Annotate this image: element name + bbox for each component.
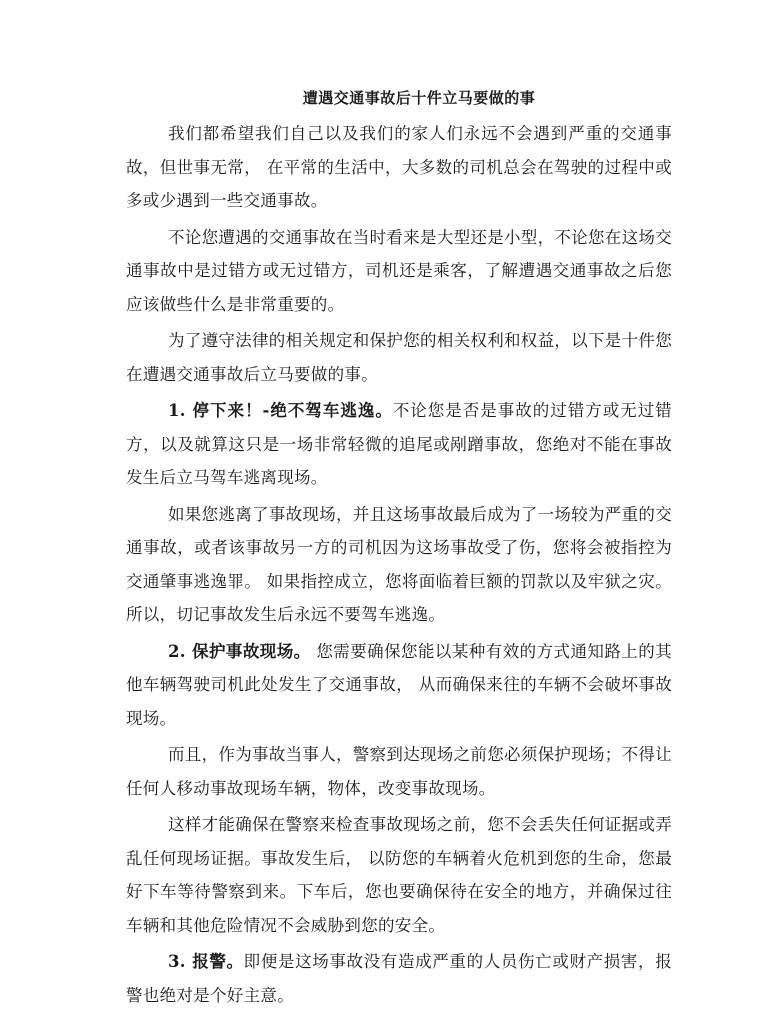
document-page: 遭遇交通事故后十件立马要做的事 我们都希望我们自己以及我们的家人们永远不会遇到严… <box>126 86 672 1012</box>
paragraph-intro-3: 为了遵守法律的相关规定和保护您的相关权利和权益，以下是十件您在遭遇交通事故后立马… <box>126 324 672 391</box>
paragraph-text: 为了遵守法律的相关规定和保护您的相关权利和权益，以下是十件您在遭遇交通事故后立马… <box>126 331 672 384</box>
paragraph-intro-1: 我们都希望我们自己以及我们的家人们永远不会遇到严重的交通事故，但世事无常， 在平… <box>126 117 672 218</box>
paragraph-text: 我们都希望我们自己以及我们的家人们永远不会遇到严重的交通事故，但世事无常， 在平… <box>126 124 672 210</box>
item-1-paragraph: 1. 停下来！-绝不驾车逃逸。不论您是否是事故的过错方或无过错方，以及就算这只是… <box>126 394 672 495</box>
item-1-detail-paragraph: 如果您逃离了事故现场，并且这场事故最后成为了一场较为严重的交通事故，或者该事故另… <box>126 498 672 632</box>
paragraph-text: 如果您逃离了事故现场，并且这场事故最后成为了一场较为严重的交通事故，或者该事故另… <box>126 505 672 625</box>
item-2-heading: 2. 保护事故现场。 <box>168 642 311 661</box>
paragraph-text: 这样才能确保在警察来检查事故现场之前，您不会丢失任何证据或弄乱任何现场证据。事故… <box>126 815 672 935</box>
item-2-paragraph: 2. 保护事故现场。 您需要确保您能以某种有效的方式通知路上的其他车辆驾驶司机此… <box>126 635 672 736</box>
item-1-heading: 1. 停下来！-绝不驾车逃逸。 <box>168 401 393 420</box>
paragraph-text: 不论您遭遇的交通事故在当时看来是大型还是小型，不论您在这场交通事故中是过错方或无… <box>126 228 672 314</box>
item-2-detail-paragraph-1: 而且，作为事故当事人，警察到达现场之前您必须保护现场；不得让任何人移动事故现场车… <box>126 738 672 805</box>
item-2-detail-paragraph-2: 这样才能确保在警察来检查事故现场之前，您不会丢失任何证据或弄乱任何现场证据。事故… <box>126 808 672 942</box>
item-3-paragraph: 3. 报警。即便是这场事故没有造成严重的人员伤亡或财产损害，报警也绝对是个好主意… <box>126 945 672 1012</box>
document-title: 遭遇交通事故后十件立马要做的事 <box>126 86 672 110</box>
paragraph-intro-2: 不论您遭遇的交通事故在当时看来是大型还是小型，不论您在这场交通事故中是过错方或无… <box>126 221 672 322</box>
paragraph-text: 而且，作为事故当事人，警察到达现场之前您必须保护现场；不得让任何人移动事故现场车… <box>126 745 672 798</box>
item-3-heading: 3. 报警。 <box>168 952 244 971</box>
